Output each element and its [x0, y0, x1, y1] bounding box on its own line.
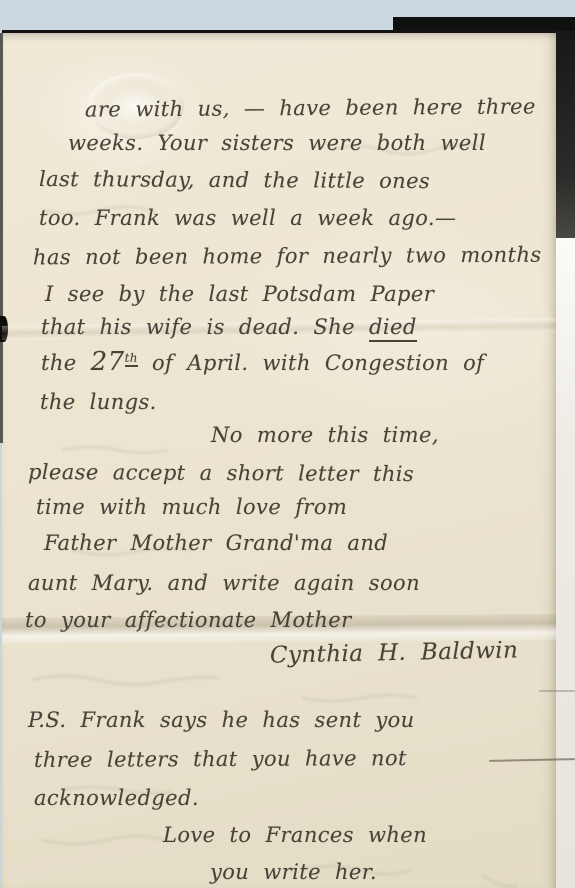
pen-stroke	[539, 690, 575, 692]
page-left-edge	[0, 33, 3, 443]
letter-line-15: to your affectionate Mother	[25, 605, 352, 635]
letter-line-21: you write her.	[210, 857, 377, 887]
letter-line-12: time with much love from	[36, 492, 347, 522]
letter-line-11: please accept a short letter this	[28, 457, 414, 489]
letter-line-1: are with us, — have been here three	[85, 91, 536, 124]
letter-line-10: No more this time,	[211, 420, 439, 450]
letter-line-9: the lungs.	[40, 387, 157, 417]
letter-line-2: weeks. Your sisters were both well	[68, 128, 486, 158]
line-text: of April. with Congestion of	[138, 351, 484, 375]
letter-line-14: aunt Mary. and write again soon	[28, 568, 420, 598]
scanned-letter: are with us, — have been here three week…	[0, 0, 575, 888]
day-number: 27	[91, 347, 125, 377]
line-text: the	[41, 351, 91, 375]
letter-line-19: acknowledged.	[34, 783, 199, 813]
letter-line-18: three letters that you have not	[34, 743, 407, 775]
page-edge-mark	[0, 316, 8, 342]
letter-line-13: Father Mother Grand'ma and	[44, 528, 388, 558]
scan-edge-dark	[556, 31, 575, 238]
scan-edge-light	[556, 238, 575, 888]
signature: Cynthia H. Baldwin	[270, 635, 519, 670]
letter-line-4: too. Frank was well a week ago.—	[39, 203, 456, 233]
letter-line-20: Love to Frances when	[163, 820, 427, 850]
letter-line-7: that his wife is dead. She died	[41, 312, 417, 342]
letter-line-8: the 27th of April. with Congestion of	[41, 347, 484, 378]
letter-line-3: last thursday, and the little ones	[39, 164, 430, 196]
underlined-word: died	[369, 315, 417, 342]
letter-line-6: I see by the last Potsdam Paper	[45, 279, 434, 309]
letter-line-5: has not been home for nearly two months	[33, 240, 542, 273]
line-text: that his wife is dead. She	[41, 315, 369, 339]
letter-line-17: P.S. Frank says he has sent you	[28, 705, 415, 735]
ordinal-suffix: th	[125, 351, 138, 367]
